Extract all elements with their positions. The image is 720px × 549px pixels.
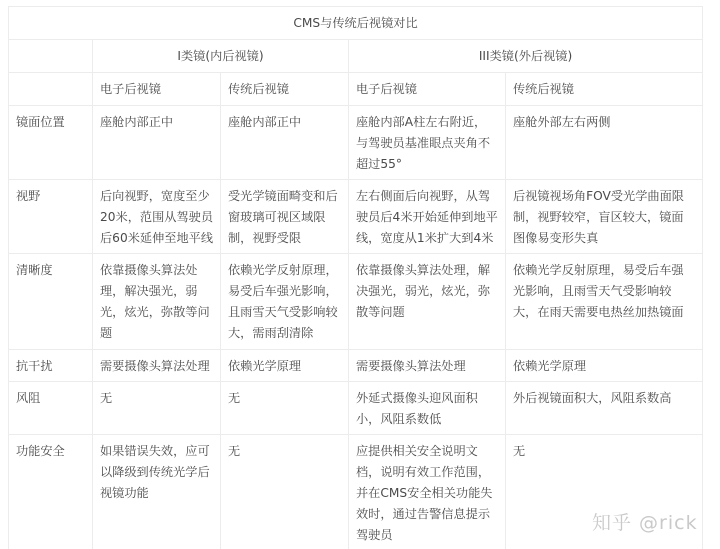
table-cell: 如果错误失效，应可以降级到传统光学后视镜功能 — [93, 435, 221, 549]
table-cell: 外后视镜面积大，风阻系数高 — [506, 382, 703, 435]
table-cell: 后视镜视场角FOV受光学曲面限制，视野较窄，盲区较大，镜面图像易变形失真 — [506, 180, 703, 254]
table-cell: 依靠摄像头算法处理，解决强光，弱光，炫光，弥散等问题 — [349, 254, 506, 350]
table-cell: 应提供相关安全说明文档，说明有效工作范围，并在CMS安全相关功能失效时，通过告警… — [349, 435, 506, 549]
table-cell: 座舱内部A柱左右附近，与驾驶员基准眼点夹角不超过55° — [349, 106, 506, 180]
subheader-cms-interior: 电子后视镜 — [93, 73, 221, 106]
table-row: 风阻 无 无 外延式摄像头迎风面积小，风阻系数低 外后视镜面积大，风阻系数高 — [9, 382, 703, 435]
table-cell: 依赖光学反射原理，易受后车强光影响，且雨雪天气受影响较大，需雨刮清除 — [221, 254, 349, 350]
table-cell: 无 — [93, 382, 221, 435]
row-label: 视野 — [9, 180, 93, 254]
table-cell: 需要摄像头算法处理 — [349, 350, 506, 382]
group-header-row: I类镜(内后视镜) III类镜(外后视镜) — [9, 40, 703, 73]
table-cell: 座舱外部左右两侧 — [506, 106, 703, 180]
empty-corner-cell — [9, 40, 93, 73]
comparison-table: CMS与传统后视镜对比 I类镜(内后视镜) III类镜(外后视镜) 电子后视镜 … — [8, 6, 703, 549]
table-cell: 无 — [221, 435, 349, 549]
table-cell: 受光学镜面畸变和后窗玻璃可视区域限制，视野受限 — [221, 180, 349, 254]
sub-header-row: 电子后视镜 传统后视镜 电子后视镜 传统后视镜 — [9, 73, 703, 106]
table-cell: 左右侧面后向视野，从驾驶员后4米开始延伸到地平线，宽度从1米扩大到4米 — [349, 180, 506, 254]
table-row: 抗干扰 需要摄像头算法处理 依赖光学原理 需要摄像头算法处理 依赖光学原理 — [9, 350, 703, 382]
subheader-traditional-exterior: 传统后视镜 — [506, 73, 703, 106]
table-row: 镜面位置 座舱内部正中 座舱内部正中 座舱内部A柱左右附近，与驾驶员基准眼点夹角… — [9, 106, 703, 180]
zhihu-watermark: 知乎 @rick — [592, 508, 698, 535]
table-cell: 后向视野，宽度至少20米，范围从驾驶员后60米延伸至地平线 — [93, 180, 221, 254]
subheader-cms-exterior: 电子后视镜 — [349, 73, 506, 106]
group-header-class-i: I类镜(内后视镜) — [93, 40, 349, 73]
row-label: 抗干扰 — [9, 350, 93, 382]
group-header-class-iii: III类镜(外后视镜) — [349, 40, 703, 73]
table-cell: 依赖光学原理 — [506, 350, 703, 382]
table-cell: 依赖光学反射原理，易受后车强光影响，且雨雪天气受影响较大，在雨天需要电热丝加热镜… — [506, 254, 703, 350]
table-cell: 外延式摄像头迎风面积小，风阻系数低 — [349, 382, 506, 435]
row-label: 风阻 — [9, 382, 93, 435]
table-cell: 依靠摄像头算法处理，解决强光，弱光，炫光，弥散等问题 — [93, 254, 221, 350]
row-label: 功能安全 — [9, 435, 93, 549]
subheader-traditional-interior: 传统后视镜 — [221, 73, 349, 106]
table-cell: 无 — [221, 382, 349, 435]
table-row: 清晰度 依靠摄像头算法处理，解决强光，弱光，炫光，弥散等问题 依赖光学反射原理，… — [9, 254, 703, 350]
table-cell: 座舱内部正中 — [221, 106, 349, 180]
row-label: 清晰度 — [9, 254, 93, 350]
table-cell: 依赖光学原理 — [221, 350, 349, 382]
table-cell: 需要摄像头算法处理 — [93, 350, 221, 382]
table-cell: 座舱内部正中 — [93, 106, 221, 180]
table-title: CMS与传统后视镜对比 — [9, 7, 703, 40]
row-label: 镜面位置 — [9, 106, 93, 180]
title-row: CMS与传统后视镜对比 — [9, 7, 703, 40]
empty-corner-cell — [9, 73, 93, 106]
table-row: 视野 后向视野，宽度至少20米，范围从驾驶员后60米延伸至地平线 受光学镜面畸变… — [9, 180, 703, 254]
